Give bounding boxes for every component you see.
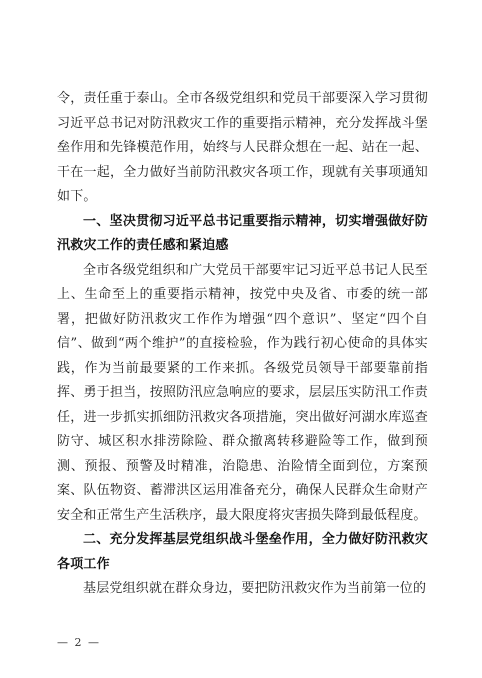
page-number: — 2 — [57, 636, 101, 649]
document-body: 令，责任重于泰山。全市各级党组织和党员干部要深入学习贯彻习近平总书记对防汛救灾工… [57, 87, 428, 602]
section-heading-1: 一、坚决贯彻习近平总书记重要指示精神，切实增强做好防汛救灾工作的责任感和紧迫感 [57, 210, 428, 259]
paragraph: 全市各级党组织和广大党员干部要牢记习近平总书记人民至上、生命至上的重要指示精神，… [57, 259, 428, 529]
section-heading-2: 二、充分发挥基层党组织战斗堡垒作用，全力做好防汛救灾各项工作 [57, 528, 428, 577]
paragraph: 基层党组织就在群众身边，要把防汛救灾作为当前第一位的 [57, 577, 428, 602]
paragraph-continuation: 令，责任重于泰山。全市各级党组织和党员干部要深入学习贯彻习近平总书记对防汛救灾工… [57, 87, 428, 210]
document-page: 令，责任重于泰山。全市各级党组织和党员干部要深入学习贯彻习近平总书记对防汛救灾工… [0, 0, 482, 678]
